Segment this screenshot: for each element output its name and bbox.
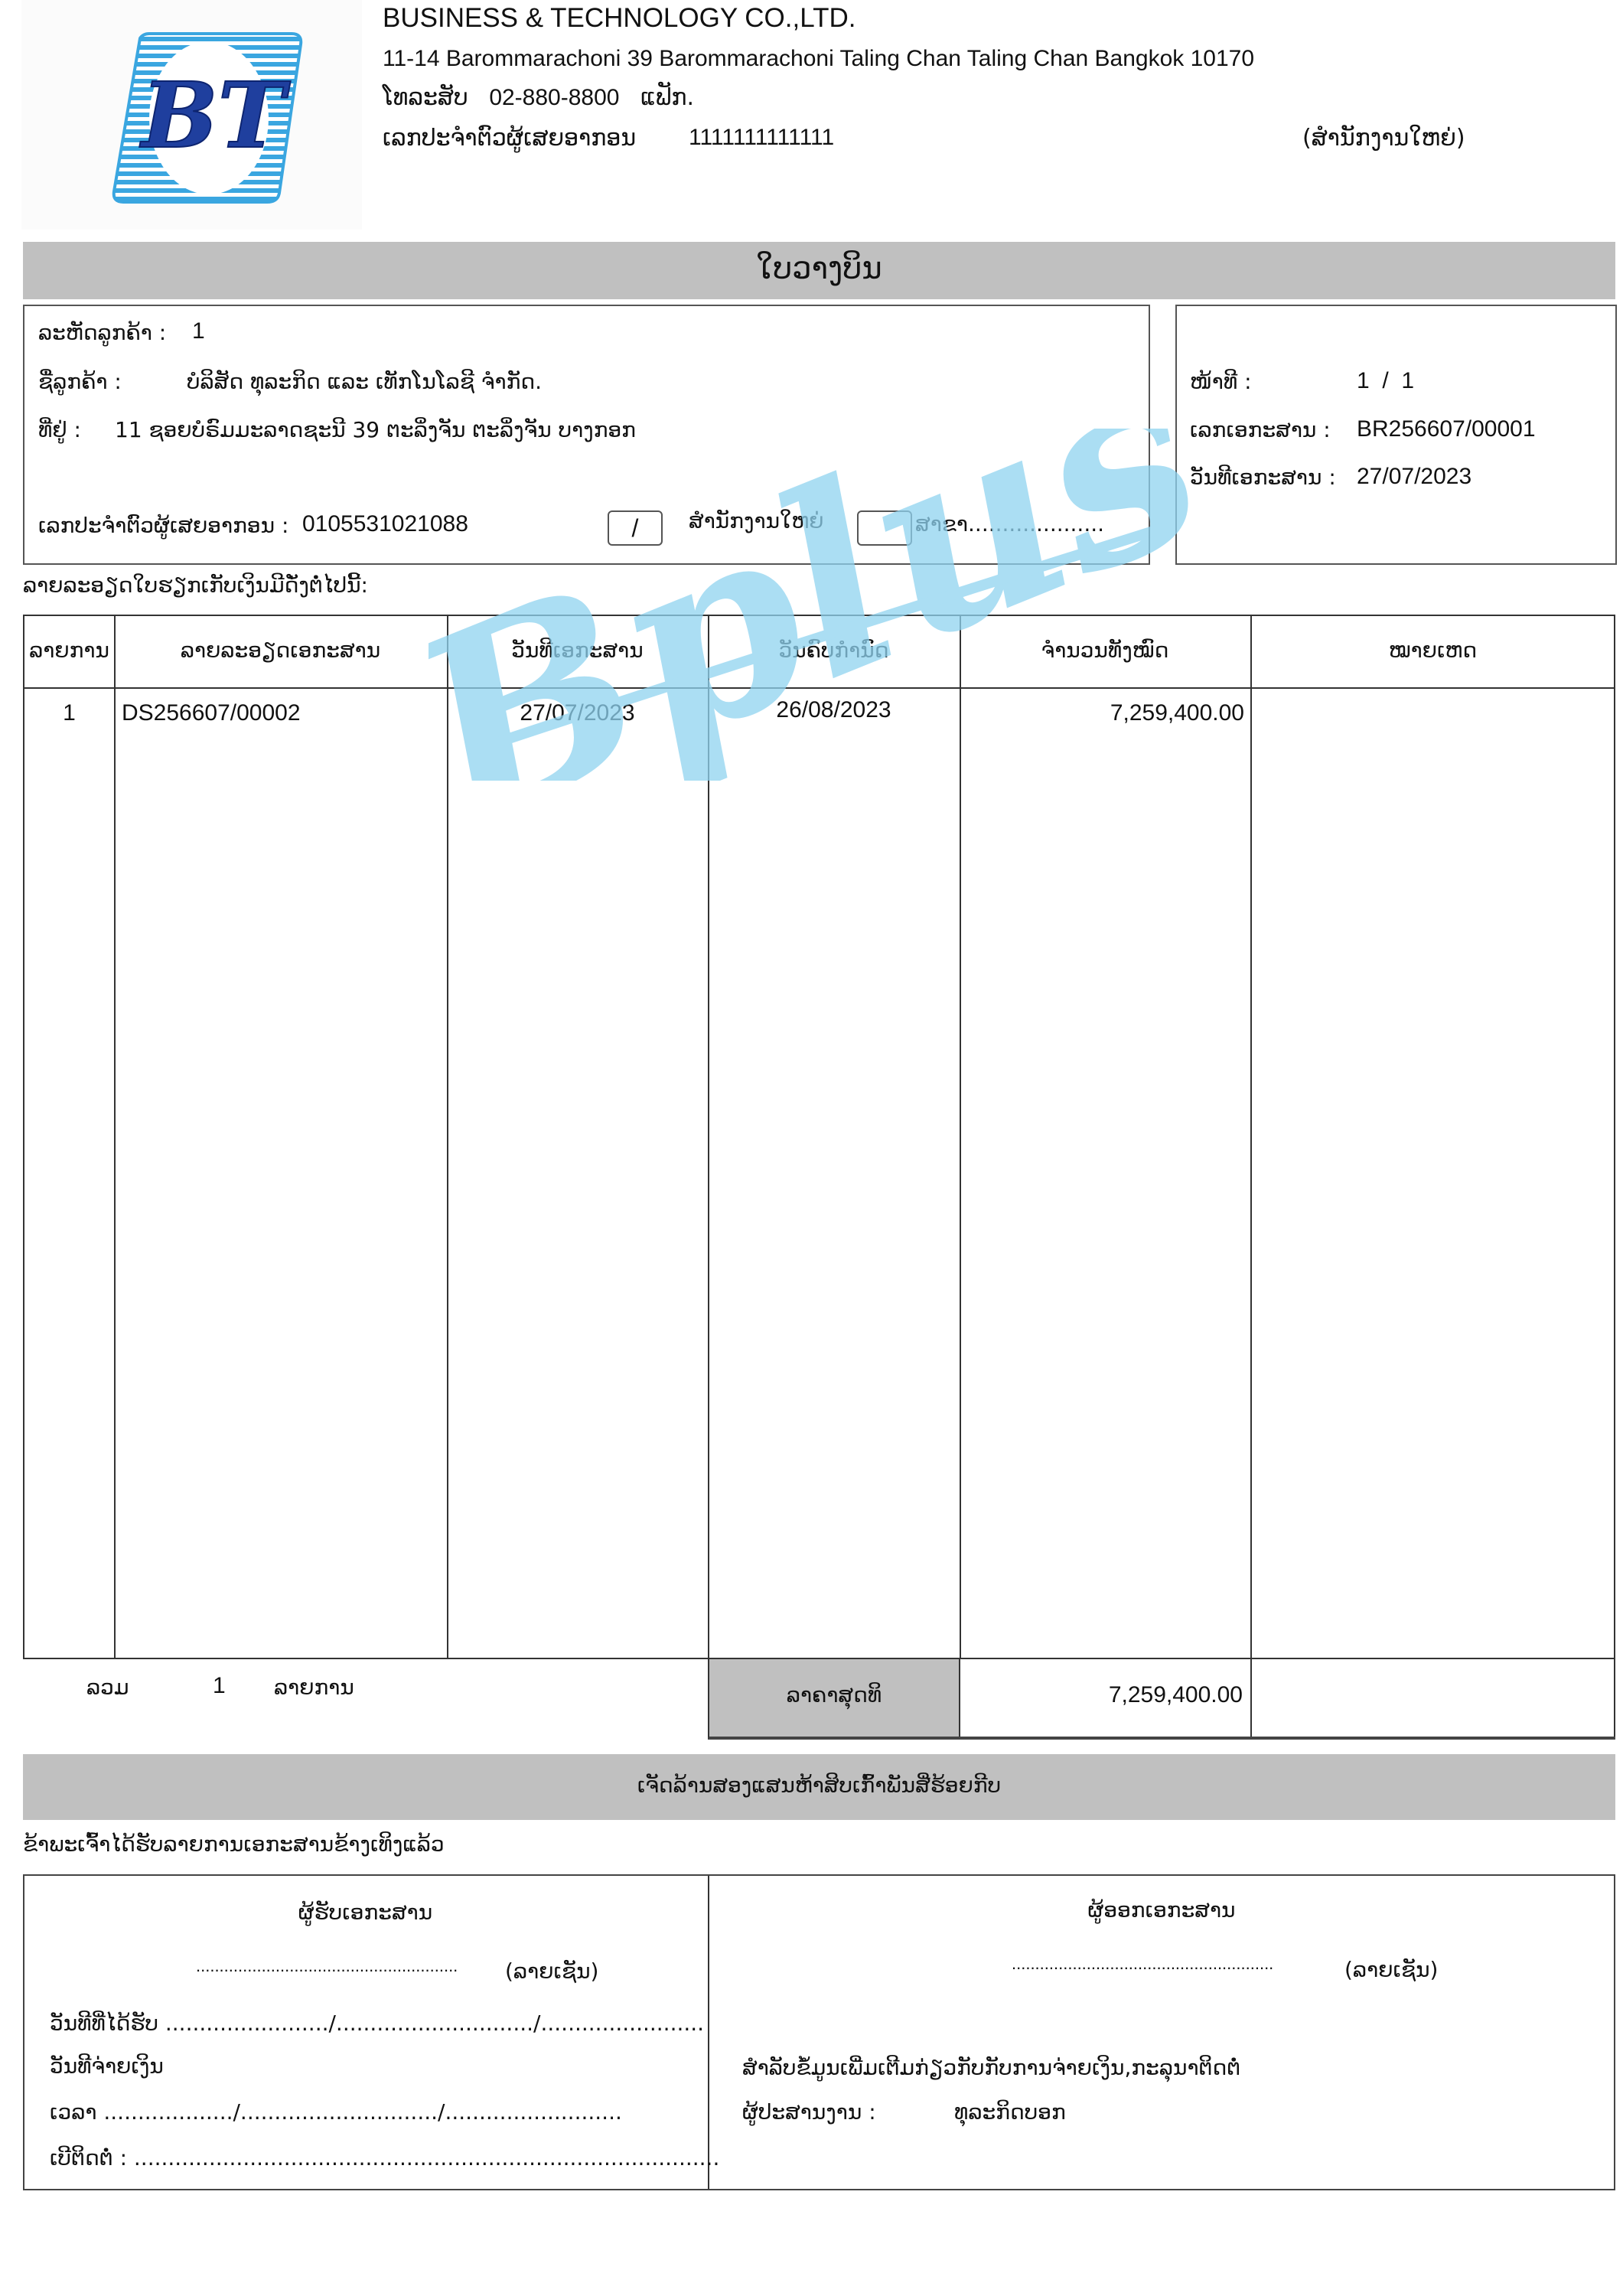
company-address: 11-14 Barommarachoni 39 Barommarachoni T… bbox=[383, 46, 1254, 72]
net-label: ລາຄາສຸດທິ bbox=[709, 1682, 959, 1707]
customer-code-label: ລະຫັດລູກຄ້າ : bbox=[38, 320, 166, 345]
total-label: ລວມ bbox=[86, 1675, 129, 1700]
row-doc: DS256607/00002 bbox=[122, 700, 301, 726]
column-header-due-date: ວັນຄົບກຳນົດ bbox=[708, 638, 960, 663]
col-divider bbox=[114, 616, 116, 1658]
net-total-box: ລາຄາສຸດທິ 7,259,400.00 bbox=[708, 1659, 1615, 1740]
branch-checkbox[interactable] bbox=[857, 510, 912, 546]
phone-value: 02-880-8800 bbox=[489, 85, 619, 110]
customer-tax-id: 0105531021088 bbox=[302, 511, 468, 537]
billing-table: ລາຍການ ລາຍລະອຽດເອກະສານ ວັນທີເອກະສານ ວັນຄ… bbox=[23, 615, 1615, 1659]
company-logo-icon: BT bbox=[109, 32, 307, 204]
row-due-date: 26/08/2023 bbox=[708, 697, 960, 723]
customer-name: ບໍລິສັດ ທຸລະກິດ ແລະ ເທັກໂນໂລຊີ ຈຳກັດ. bbox=[187, 369, 542, 394]
column-header-description: ລາຍລະອຽດເອກະສານ bbox=[114, 638, 447, 663]
customer-code: 1 bbox=[192, 318, 205, 344]
title-band: ໃບວາງບິນ bbox=[23, 242, 1615, 299]
signature-divider bbox=[708, 1876, 709, 2189]
col-divider bbox=[1250, 616, 1252, 1658]
total-items-label: ລາຍການ bbox=[274, 1675, 354, 1700]
head-office-label: ສຳນັກງານໃຫຍ່ bbox=[689, 508, 824, 533]
fax-label: ແຟັກ. bbox=[640, 84, 694, 111]
company-tax-id: 1111111111111 bbox=[689, 125, 834, 151]
row-amount: 7,259,400.00 bbox=[960, 700, 1244, 726]
logo-area: BT bbox=[21, 0, 362, 230]
issuer-signature-line[interactable]: ........................................… bbox=[1012, 1954, 1273, 1974]
receiver-title: ຜູ້ຮັບເອກະສານ bbox=[23, 1900, 708, 1925]
column-header-amount: ຈຳນວນທັງໝົດ bbox=[960, 638, 1250, 663]
row-no: 1 bbox=[24, 700, 114, 726]
receiver-signature-label: (ລາຍເຊັນ) bbox=[505, 1958, 598, 1984]
net-label-cell: ລາຄາສຸດທິ bbox=[709, 1659, 960, 1737]
col-divider bbox=[1250, 1659, 1252, 1737]
doc-date-label: ວັນທີເອກະສານ : bbox=[1190, 465, 1336, 490]
doc-date: 27/07/2023 bbox=[1357, 464, 1471, 490]
head-office-checkbox[interactable]: / bbox=[608, 510, 663, 546]
column-header-item: ລາຍການ bbox=[24, 638, 114, 663]
box-edge bbox=[1614, 1659, 1615, 1737]
phone-label: ໂທລະສັບ bbox=[383, 84, 468, 111]
col-divider bbox=[708, 616, 709, 1658]
amount-words-band: ເຈັດລ້ານສອງແສນຫ້າສິບເກົ້າພັນສີ່ຮ້ອຍກີບ bbox=[23, 1754, 1615, 1820]
header-divider bbox=[24, 687, 1614, 689]
column-header-doc-date: ວັນທີເອກະສານ bbox=[447, 638, 708, 663]
branch-label: ສາຂາ.................... bbox=[915, 511, 1104, 536]
row-doc-date: 27/07/2023 bbox=[447, 700, 708, 726]
company-branch: (ສຳນັກງານໃຫຍ່) bbox=[1302, 125, 1465, 152]
acknowledgement-text: ຂ້າພະເຈົ້າໄດ້ຮັບລາຍການເອກະສານຂ້າງເທິງແລ້… bbox=[23, 1831, 445, 1857]
net-amount: 7,259,400.00 bbox=[960, 1682, 1243, 1708]
company-phone-row: ໂທລະສັບ 02-880-8800 ແຟັກ. bbox=[383, 84, 694, 111]
document-title: ໃບວາງບິນ bbox=[23, 251, 1615, 286]
col-divider bbox=[960, 616, 961, 1658]
doc-number: BR256607/00001 bbox=[1357, 416, 1536, 442]
total-count: 1 bbox=[213, 1673, 226, 1699]
page-number: 1 / 1 bbox=[1357, 368, 1414, 394]
payment-info-note: ສຳລັບຂໍ້ມູນເພີ່ມເຕີມກ່ຽວກັບກັບການຈ່າຍເງິ… bbox=[742, 2055, 1240, 2080]
coordinator-name: ທຸລະກິດບອກ bbox=[954, 2099, 1066, 2125]
customer-address: 11 ຊອຍບໍຣົມມະລາດຊະນີ 39 ຕະລິ່ງຈັນ ຕະລິ່ງ… bbox=[115, 417, 636, 442]
time-field[interactable]: ເວລາ .................../...............… bbox=[50, 2099, 622, 2125]
column-header-note: ໝາຍເຫດ bbox=[1250, 638, 1615, 663]
receiver-signature-line[interactable]: ........................................… bbox=[196, 1956, 458, 1976]
issuer-title: ຜູ້ອອກເອກະສານ bbox=[708, 1897, 1615, 1923]
page-label: ໜ້າທີ : bbox=[1190, 369, 1252, 394]
company-tax-label: ເລກປະຈຳຕົວຜູ້ເສຍອາກອນ bbox=[383, 125, 636, 152]
contact-field[interactable]: ເບີຕິດຕໍ່ : ............................… bbox=[50, 2145, 719, 2170]
customer-tax-label: ເລກປະຈຳຕົວຜູ້ເສຍອາກອນ : bbox=[38, 513, 288, 538]
doc-number-label: ເລກເອກະສານ : bbox=[1190, 417, 1331, 442]
company-name: BUSINESS & TECHNOLOGY CO.,LTD. bbox=[383, 3, 855, 34]
customer-name-label: ຊື່ລູກຄ້າ : bbox=[38, 369, 122, 394]
issuer-signature-label: (ລາຍເຊັນ) bbox=[1344, 1957, 1438, 1982]
details-intro: ລາຍລະອຽດໃບຮຽກເກັບເງິນມີດັ່ງຕໍ່ໄປນີ້: bbox=[23, 572, 368, 598]
col-divider bbox=[447, 616, 448, 1658]
received-date-field[interactable]: ວັນທີທີ່ໄດ້ຮັບ ......................../… bbox=[50, 2011, 704, 2036]
amount-in-words: ເຈັດລ້ານສອງແສນຫ້າສິບເກົ້າພັນສີ່ຮ້ອຍກີບ bbox=[23, 1773, 1615, 1798]
coordinator-label: ຜູ້ປະສານງານ : bbox=[742, 2099, 876, 2125]
payment-date-label: ວັນທີຈ່າຍເງິນ bbox=[50, 2053, 164, 2079]
svg-text:BT: BT bbox=[139, 62, 291, 168]
customer-address-label: ທີ່ຢູ່ : bbox=[38, 417, 81, 442]
